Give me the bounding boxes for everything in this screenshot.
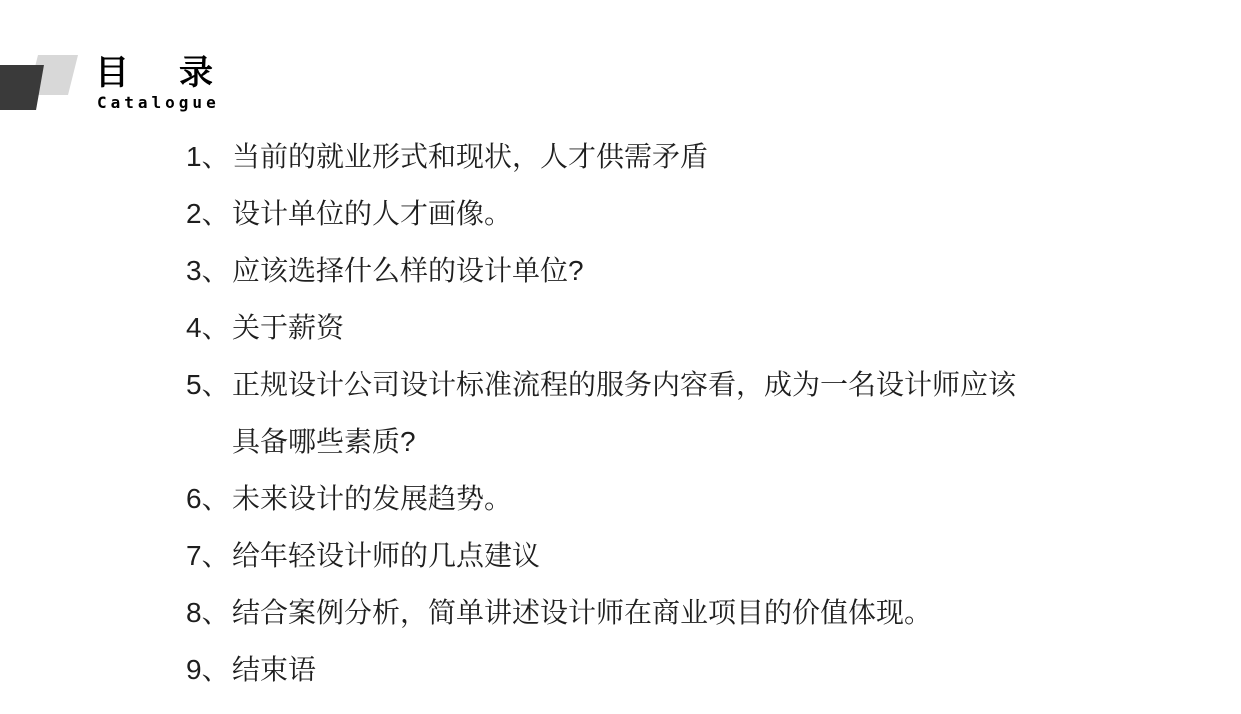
toc-item-text: 应该选择什么样的设计单位? [232,242,1166,299]
toc-item-text: 正规设计公司设计标准流程的服务内容看，成为一名设计师应该 具备哪些素质? [232,356,1166,470]
toc-item-text: 未来设计的发展趋势。 [232,470,1166,527]
toc-item-7: 7、 给年轻设计师的几点建议 [186,527,1166,584]
toc-item-6: 6、 未来设计的发展趋势。 [186,470,1166,527]
toc-item-text: 设计单位的人才画像。 [232,185,1166,242]
toc-item-number: 9、 [186,641,232,698]
page-subtitle: Catalogue [95,94,221,112]
toc-item-1: 1、 当前的就业形式和现状，人才供需矛盾 [186,128,1166,185]
page-title: 目 录 [95,52,221,94]
toc-item-9: 9、 结束语 [186,641,1166,698]
toc-item-number: 2、 [186,185,232,242]
toc-item-number: 1、 [186,128,232,185]
toc-item-number: 3、 [186,242,232,299]
toc-item-4: 4、 关于薪资 [186,299,1166,356]
toc-item-text: 关于薪资 [232,299,1166,356]
toc-item-text: 结束语 [232,641,1166,698]
toc-item-number: 8、 [186,584,232,641]
toc-item-number: 5、 [186,356,232,413]
header: 目 录 Catalogue [95,52,221,112]
toc-item-5: 5、 正规设计公司设计标准流程的服务内容看，成为一名设计师应该 具备哪些素质? [186,356,1166,470]
toc-list: 1、 当前的就业形式和现状，人才供需矛盾 2、 设计单位的人才画像。 3、 应该… [186,128,1166,698]
toc-item-8: 8、 结合案例分析，简单讲述设计师在商业项目的价值体现。 [186,584,1166,641]
toc-item-text: 给年轻设计师的几点建议 [232,527,1166,584]
toc-item-2: 2、 设计单位的人才画像。 [186,185,1166,242]
slide: 目 录 Catalogue 1、 当前的就业形式和现状，人才供需矛盾 2、 设计… [0,0,1241,714]
toc-item-text: 结合案例分析，简单讲述设计师在商业项目的价值体现。 [232,584,1166,641]
toc-item-number: 6、 [186,470,232,527]
toc-item-3: 3、 应该选择什么样的设计单位? [186,242,1166,299]
decoration-parallelogram-dark-icon [0,65,44,110]
toc-item-text: 当前的就业形式和现状，人才供需矛盾 [232,128,1166,185]
toc-item-number: 7、 [186,527,232,584]
toc-item-number: 4、 [186,299,232,356]
